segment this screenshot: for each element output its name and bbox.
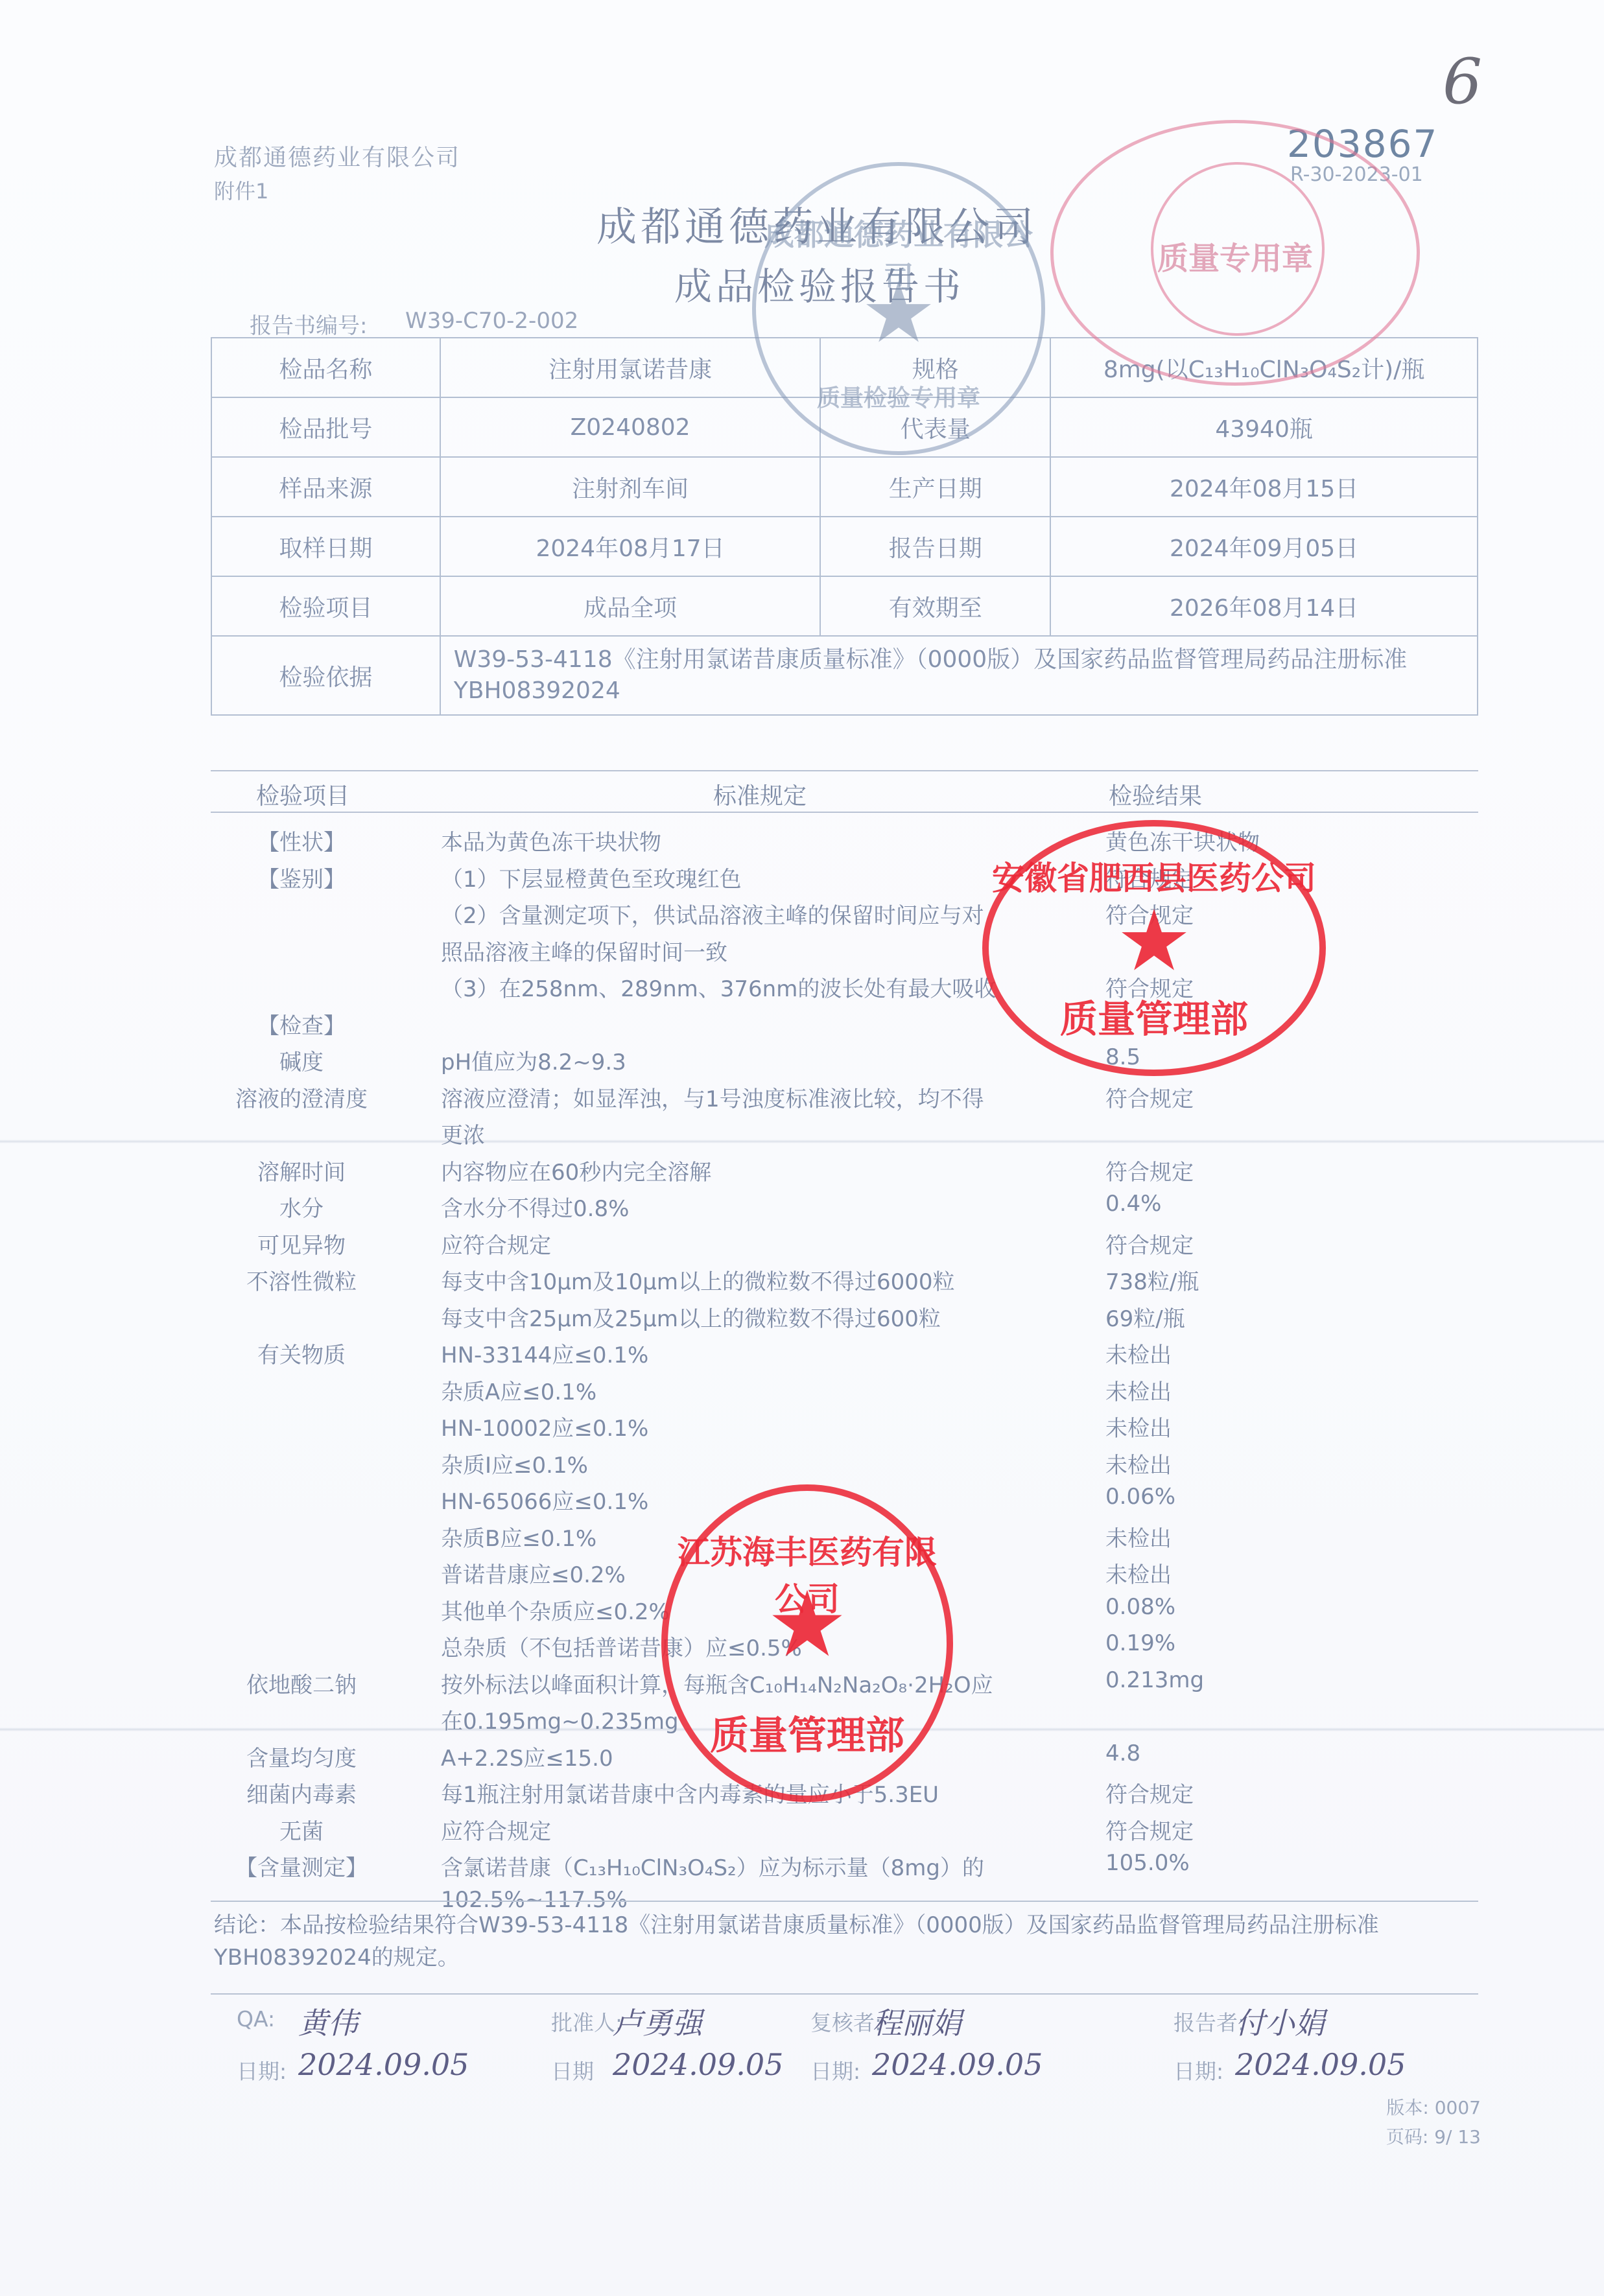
serial-number: 203867 — [1287, 122, 1438, 166]
test-result: 8.5 — [1105, 1044, 1430, 1070]
info-row: 取样日期2024年08月17日报告日期2024年09月05日 — [211, 517, 1478, 576]
divider — [211, 1901, 1478, 1902]
info-label: 检验项目 — [211, 576, 440, 636]
test-row: 【含量测定】含氯诺昔康（C₁₃H₁₀ClN₃O₄S₂）应为标示量（8mg）的10… — [211, 1850, 1478, 1884]
test-result: 69粒/瓶 — [1105, 1301, 1430, 1333]
info-value: 成品全项 — [440, 576, 821, 636]
test-row: 碱度pH值应为8.2~9.38.5 — [211, 1044, 1478, 1078]
info-label: 样品来源 — [211, 457, 440, 517]
test-result: 符合规定 — [1105, 1081, 1430, 1113]
test-item: 依地酸二钠 — [211, 1667, 392, 1699]
test-item: 水分 — [211, 1191, 392, 1223]
signature-role-label: 复核者: — [810, 2006, 882, 2037]
test-item: 细菌内毒素 — [211, 1777, 392, 1809]
signature-date-label: 日期: — [1174, 2055, 1223, 2085]
signature-date-label: 日期: — [810, 2055, 860, 2085]
column-header-result: 检验结果 — [1109, 778, 1202, 811]
info-value: 注射剂车间 — [440, 457, 821, 517]
test-result: 符合规定 — [1105, 1814, 1430, 1845]
test-row: HN-65066应≤0.1%0.06% — [211, 1484, 1478, 1517]
test-result: 738粒/瓶 — [1105, 1264, 1430, 1296]
test-row: 杂质A应≤0.1%未检出 — [211, 1374, 1478, 1408]
column-header-item: 检验项目 — [256, 778, 349, 811]
test-item: 不溶性微粒 — [211, 1264, 392, 1296]
test-row: 依地酸二钠按外标法以峰面积计算，每瓶含C₁₀H₁₄N₂Na₂O₈·2H₂O应0.… — [211, 1667, 1478, 1701]
test-row: 更浓 — [211, 1118, 1478, 1151]
divider — [211, 812, 1478, 813]
divider — [211, 1993, 1478, 1995]
test-result: 符合规定 — [1105, 1228, 1430, 1259]
page-number: 页码: 9/ 13 — [1386, 2123, 1481, 2149]
conclusion-text: 结论：本品按检验结果符合W39-53-4118《注射用氯诺昔康质量标准》（000… — [214, 1909, 1478, 1974]
test-row: （3）在258nm、289nm、376nm的波长处有最大吸收符合规定 — [211, 971, 1478, 1005]
info-basis-value: W39-53-4118《注射用氯诺昔康质量标准》（0000版）及国家药品监督管理… — [440, 636, 1478, 715]
test-result: 符合规定 — [1105, 898, 1430, 930]
signature-role-label: QA: — [237, 2006, 275, 2032]
info-row: 检品名称注射用氯诺昔康规格8mg(以C₁₃H₁₀ClN₃O₄S₂计)/瓶 — [211, 338, 1478, 397]
test-item: 碱度 — [211, 1044, 392, 1076]
info-value2: 2024年08月15日 — [1050, 457, 1478, 517]
test-item: 含量均匀度 — [211, 1740, 392, 1772]
info-row: 样品来源注射剂车间生产日期2024年08月15日 — [211, 457, 1478, 517]
test-row: 溶液的澄清度溶液应澄清；如显浑浊，与1号浊度标准液比较，均不得符合规定 — [211, 1081, 1478, 1115]
info-basis-label: 检验依据 — [211, 636, 440, 715]
info-label2: 代表量 — [820, 397, 1050, 457]
handwritten-date: 2024.09.05 — [872, 2047, 1043, 2082]
handwritten-signature: 黄伟 — [298, 2000, 358, 2043]
form-code: R-30-2023-01 — [1290, 163, 1423, 186]
test-row: 总杂质（不包括普诺昔康）应≤0.5%0.19% — [211, 1630, 1478, 1664]
test-result: 未检出 — [1105, 1411, 1430, 1442]
info-value2: 2026年08月14日 — [1050, 576, 1478, 636]
test-result: 未检出 — [1105, 1557, 1430, 1589]
test-row: 溶解时间内容物应在60秒内完全溶解符合规定 — [211, 1154, 1478, 1188]
info-row-basis: 检验依据W39-53-4118《注射用氯诺昔康质量标准》（0000版）及国家药品… — [211, 636, 1478, 715]
test-row: （2）含量测定项下，供试品溶液主峰的保留时间应与对符合规定 — [211, 898, 1478, 931]
signature-role-label: 报告者: — [1174, 2006, 1245, 2037]
signature-date-label: 日期 — [551, 2055, 594, 2085]
company-title: 成都通德药业有限公司 — [596, 194, 1037, 252]
divider — [211, 770, 1478, 771]
test-row: 含量均匀度A+2.2S应≤15.04.8 — [211, 1740, 1478, 1774]
test-result: 0.213mg — [1105, 1667, 1430, 1693]
test-result: 105.0% — [1105, 1850, 1430, 1876]
test-result: 未检出 — [1105, 1374, 1430, 1406]
test-row: 其他单个杂质应≤0.2%0.08% — [211, 1594, 1478, 1628]
test-row: 细菌内毒素每1瓶注射用氯诺昔康中含内毒素的量应小于5.3EU符合规定 — [211, 1777, 1478, 1810]
info-label2: 规格 — [820, 338, 1050, 397]
info-value: 2024年08月17日 — [440, 517, 821, 576]
test-item: 【检查】 — [211, 1008, 392, 1040]
handwritten-signature: 卢勇强 — [613, 2000, 702, 2043]
handwritten-date: 2024.09.05 — [613, 2047, 783, 2082]
test-item: 溶液的澄清度 — [211, 1081, 392, 1113]
info-label2: 报告日期 — [820, 517, 1050, 576]
column-header-standard: 标准规定 — [713, 778, 807, 811]
test-standard: 更浓 — [441, 1118, 1297, 1149]
attachment-label: 附件1 — [214, 175, 268, 205]
test-item: 【鉴别】 — [211, 861, 392, 893]
test-result: 符合规定 — [1105, 861, 1430, 893]
info-label2: 生产日期 — [820, 457, 1050, 517]
test-row: 可见异物应符合规定符合规定 — [211, 1228, 1478, 1261]
test-result: 4.8 — [1105, 1740, 1430, 1766]
info-value2: 43940瓶 — [1050, 397, 1478, 457]
info-label: 取样日期 — [211, 517, 440, 576]
test-standard: 照品溶液主峰的保留时间一致 — [441, 935, 1297, 966]
test-item: 【含量测定】 — [211, 1850, 392, 1882]
test-row: 水分含水分不得过0.8%0.4% — [211, 1191, 1478, 1224]
signature-role-label: 批准人: — [551, 2006, 622, 2037]
document-title: 成品检验报告书 — [674, 256, 965, 310]
report-number-label: 报告书编号: — [250, 308, 367, 340]
company-name-small: 成都通德药业有限公司 — [214, 139, 460, 172]
handwritten-date: 2024.09.05 — [1235, 2047, 1406, 2082]
info-label2: 有效期至 — [820, 576, 1050, 636]
test-result: 未检出 — [1105, 1337, 1430, 1369]
info-row: 检验项目成品全项有效期至2026年08月14日 — [211, 576, 1478, 636]
test-item: 可见异物 — [211, 1228, 392, 1259]
test-item: 【性状】 — [211, 825, 392, 856]
test-row: 在0.195mg~0.235mg — [211, 1704, 1478, 1737]
handwritten-signature: 程丽娟 — [872, 2000, 961, 2043]
test-row: 不溶性微粒每支中含10μm及10μm以上的微粒数不得过6000粒738粒/瓶 — [211, 1264, 1478, 1298]
info-row: 检品批号Z0240802代表量43940瓶 — [211, 397, 1478, 457]
handwritten-signature: 付小娟 — [1235, 2000, 1325, 2043]
handwritten-date: 2024.09.05 — [298, 2047, 469, 2082]
test-row: 【鉴别】（1）下层显橙黄色至玫瑰红色符合规定 — [211, 861, 1478, 895]
test-result: 符合规定 — [1105, 971, 1430, 1003]
test-result: 0.4% — [1105, 1191, 1430, 1217]
test-row: 每支中含25μm及25μm以上的微粒数不得过600粒69粒/瓶 — [211, 1301, 1478, 1335]
report-number: W39-C70-2-002 — [405, 308, 578, 334]
info-value: 注射用氯诺昔康 — [440, 338, 821, 397]
test-result: 未检出 — [1105, 1447, 1430, 1479]
test-row: 【性状】本品为黄色冻干块状物黄色冻干块状物 — [211, 825, 1478, 858]
test-result: 未检出 — [1105, 1521, 1430, 1552]
info-label: 检品批号 — [211, 397, 440, 457]
test-row: 有关物质HN-33144应≤0.1%未检出 — [211, 1337, 1478, 1371]
info-value2: 2024年09月05日 — [1050, 517, 1478, 576]
test-row: 照品溶液主峰的保留时间一致 — [211, 935, 1478, 968]
test-row: 杂质B应≤0.1%未检出 — [211, 1521, 1478, 1554]
test-row: 【检查】 — [211, 1008, 1478, 1042]
version-label: 版本: 0007 — [1386, 2094, 1481, 2120]
handwritten-page-mark: 6 — [1443, 45, 1482, 118]
test-item: 有关物质 — [211, 1337, 392, 1369]
product-info-table: 检品名称注射用氯诺昔康规格8mg(以C₁₃H₁₀ClN₃O₄S₂计)/瓶检品批号… — [211, 337, 1478, 716]
test-item: 溶解时间 — [211, 1154, 392, 1186]
info-value: Z0240802 — [440, 397, 821, 457]
test-row: 杂质I应≤0.1%未检出 — [211, 1447, 1478, 1481]
test-result: 0.06% — [1105, 1484, 1430, 1510]
test-result: 0.08% — [1105, 1594, 1430, 1620]
test-result: 符合规定 — [1105, 1777, 1430, 1809]
test-row: 无菌应符合规定符合规定 — [211, 1814, 1478, 1847]
info-label: 检品名称 — [211, 338, 440, 397]
info-value2: 8mg(以C₁₃H₁₀ClN₃O₄S₂计)/瓶 — [1050, 338, 1478, 397]
test-result: 0.19% — [1105, 1630, 1430, 1656]
signature-date-label: 日期: — [237, 2055, 287, 2085]
test-standard: 在0.195mg~0.235mg — [441, 1704, 1297, 1735]
test-result: 黄色冻干块状物 — [1105, 825, 1430, 856]
test-item: 无菌 — [211, 1814, 392, 1845]
test-result: 符合规定 — [1105, 1154, 1430, 1186]
test-row: HN-10002应≤0.1%未检出 — [211, 1411, 1478, 1444]
test-row: 普诺昔康应≤0.2%未检出 — [211, 1557, 1478, 1591]
